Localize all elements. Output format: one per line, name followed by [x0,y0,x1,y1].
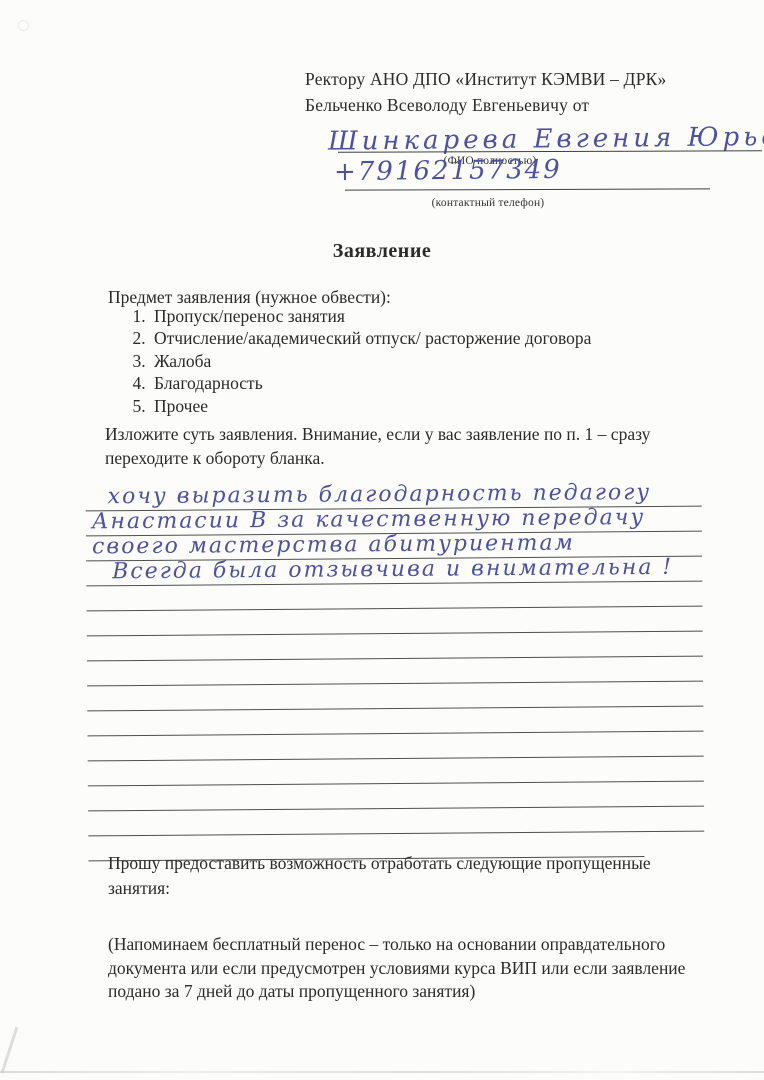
scan-fold-artifact [1,1027,19,1074]
subject-list: Пропуск/перенос занятия Отчисление/акаде… [130,305,591,417]
request-text: Прошу предоставить возможность отработат… [108,851,688,900]
subject-item: Жалоба [150,350,591,372]
phone-underline [345,188,710,190]
instruction-text: Изложите суть заявления. Внимание, если … [105,423,695,470]
handwritten-statement-line: своего мастерства абитуриентам [92,531,575,560]
addressee-line-1: Ректору АНО ДПО «Институт КЭМВИ – ДРК» [305,66,725,92]
addressee-line-2: Бельченко Всеволоду Евгеньевичу от [305,92,725,118]
addressee-block: Ректору АНО ДПО «Институт КЭМВИ – ДРК» Б… [305,66,725,118]
subject-item: Пропуск/перенос занятия [150,305,591,327]
document-title: Заявление [0,240,764,263]
note-text: (Напоминаем бесплатный перенос – только … [108,933,708,1004]
scanned-application-form: Ректору АНО ДПО «Институт КЭМВИ – ДРК» Б… [0,0,764,1080]
statement-lines-area: хочу выразить благодарность педагогуАнас… [86,482,705,862]
phone-caption: (контактный телефон) [388,197,588,209]
subject-item: Отчисление/академический отпуск/ расторж… [150,327,591,349]
subject-item: Прочее [150,395,591,417]
subject-item: Благодарность [150,372,591,394]
handwritten-statement-line: Всегда была отзывчива и внимательна ! [112,555,673,584]
scan-bottom-edge-artifact [0,1071,764,1073]
phone-handwritten: +79162157349 [334,155,562,187]
scan-corner-artifact [18,20,29,31]
